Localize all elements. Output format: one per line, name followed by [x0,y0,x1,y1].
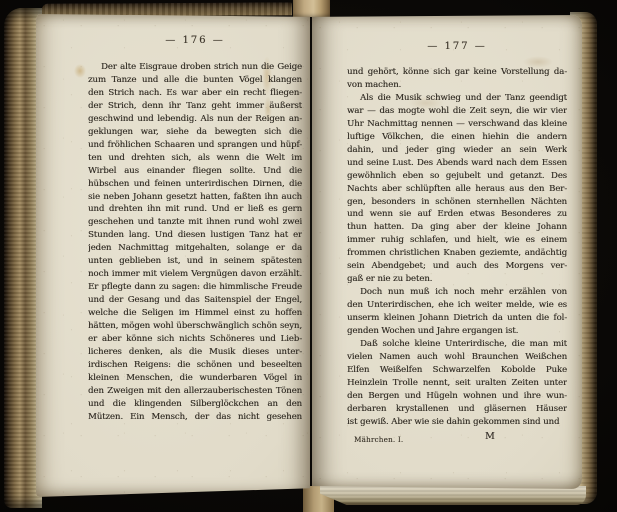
text-line: genden Wochen und Jahre ergangen ist. [347,325,567,338]
text-line: von machen. [347,79,567,92]
text-line: irdischen Reigens: die schönen und besee… [88,359,302,372]
text-line: luftige Völkchen, die einen hiehin die a… [347,131,567,144]
text-line: zum Tanze und alle die bunten Vögel klan… [88,74,302,87]
text-line: hübschen und feinen unterirdischen Dirne… [88,178,302,191]
text-line: geklungen war, siehe da bewegten sich di… [88,126,302,139]
text-line: der Strich, denn ihr Tanz geht immer äuß… [88,100,302,113]
text-line: geschehen und tanzte mit ihnen rund wohl… [88,216,302,229]
text-line: und seine Lust. Des Abends ward nach dem… [347,157,567,170]
page-text-right: und gehört, könne sich gar keine Vorstel… [347,66,567,429]
text-line: Als die Musik schwieg und der Tanz geend… [347,92,567,105]
text-line: kleinen Menschen, die wunderbaren Vögel … [88,372,302,385]
text-line: Heinzlein Trolle nennt, seit uralten Zei… [347,377,567,390]
text-line: thun hatten. Da ging aber der kleine Joh… [347,221,567,234]
text-line: Mützen. Ein Mensch, der das nicht gesehe… [88,411,302,424]
text-line: Nachts aber schlüpften alle heraus aus d… [347,183,567,196]
text-line: Daß solche kleine Unterirdische, die man… [347,338,567,351]
text-line: den Strich nach. Es war aber ein recht f… [88,87,302,100]
text-line: Er pflegte dann zu sagen: die himmlische… [88,281,302,294]
text-line: ist gewiß. Aber wie sie dahin gekommen s… [347,416,567,429]
text-line: Stunden lang. Und diesen lustigen Tanz h… [88,229,302,242]
text-line: hätten, mögen wohl überschwänglich schön… [88,320,302,333]
page-edges-bottom [320,486,586,505]
text-line: Wirbel aus einander fliegen sollte. Und … [88,165,302,178]
text-line: derbaren krystallenen und gläsernen Häus… [347,403,567,416]
page-footer: Mährchen. I. M [347,431,567,445]
signature-mark: M [485,431,495,442]
text-line: sie neben Johann gesetzt hatten, faßten … [88,191,302,204]
text-line: frommen christlichen Knaben geziemte, an… [347,247,567,260]
text-line: gaß er nie zu beten. [347,273,567,286]
page-number-176: — 176 — [88,35,302,46]
text-line: den Zweigen mit den allerzauberischesten… [88,385,302,398]
text-line: vielen Namen auch wohl Braunchen Weißche… [347,351,567,364]
text-line: immer ruhig schlafen, und hielt, wie es … [347,234,567,247]
text-line: sein Abendgebet; und auch des Morgens ve… [347,260,567,273]
text-line: den Unterirdischen, ehe ich weiter melde… [347,299,567,312]
text-line: Uhr Nachmittag nennen — verschwand das k… [347,118,567,131]
text-line: welche die Seligen im Himmel einst zu ho… [88,307,302,320]
text-line: den Bergen und Hügeln wohnen und ihre wu… [347,390,567,403]
text-line: und fröhlichen Schaaren und sprangen und… [88,139,302,152]
text-line: und der Gesang und das Saitenspiel der E… [88,294,302,307]
text-line: gewöhnlich eben so gejubelt und getanzt.… [347,170,567,183]
text-line: geschwind und lebendig. Als nun der Reig… [88,113,302,126]
text-line: Der alte Eisgraue droben strich nun die … [88,61,302,74]
book-scan: — 176 — — 177 — Der alte Eisgraue droben… [0,0,617,512]
text-line: ten und drehten sich, als wenn die Welt … [88,152,302,165]
text-line: und wenn sie auf Erden etwas Besonderes … [347,208,567,221]
page-text-left: Der alte Eisgraue droben strich nun die … [88,61,302,424]
text-line: Doch nun muß ich noch mehr erzählen von [347,286,567,299]
text-line: war — das mogte wohl die Zeit seyn, die … [347,105,567,118]
text-line: licheres denken, als die Musik dieses un… [88,346,302,359]
page-number-177: — 177 — [347,41,567,52]
text-line: Elfen Weißelfen Schwarzelfen Kobolde Puk… [347,364,567,377]
text-line: und gehört, könne sich gar keine Vorstel… [347,66,567,79]
text-line: unserm kleinen Johann Dietrich da unten … [347,312,567,325]
text-line: gen, besonders in schönen sternhellen Nä… [347,196,567,209]
text-line: und drehten ihn mit rund. Und er ließ es… [88,203,302,216]
text-line: jeden Nachmittag mitgehalten, solange er… [88,242,302,255]
text-line: dahin, und jeder ging wieder an sein Wer… [347,144,567,157]
text-line: und die klingenden Silberglöckchen an de… [88,398,302,411]
text-line: noch immer mit vielem Vergnügen davon er… [88,268,302,281]
text-line: er aber könne sich nichts Schöneres und … [88,333,302,346]
footer-series-title: Mährchen. I. [354,435,403,444]
text-line: unten geblieben ist, und in seinem späte… [88,255,302,268]
book-gutter [309,14,312,496]
